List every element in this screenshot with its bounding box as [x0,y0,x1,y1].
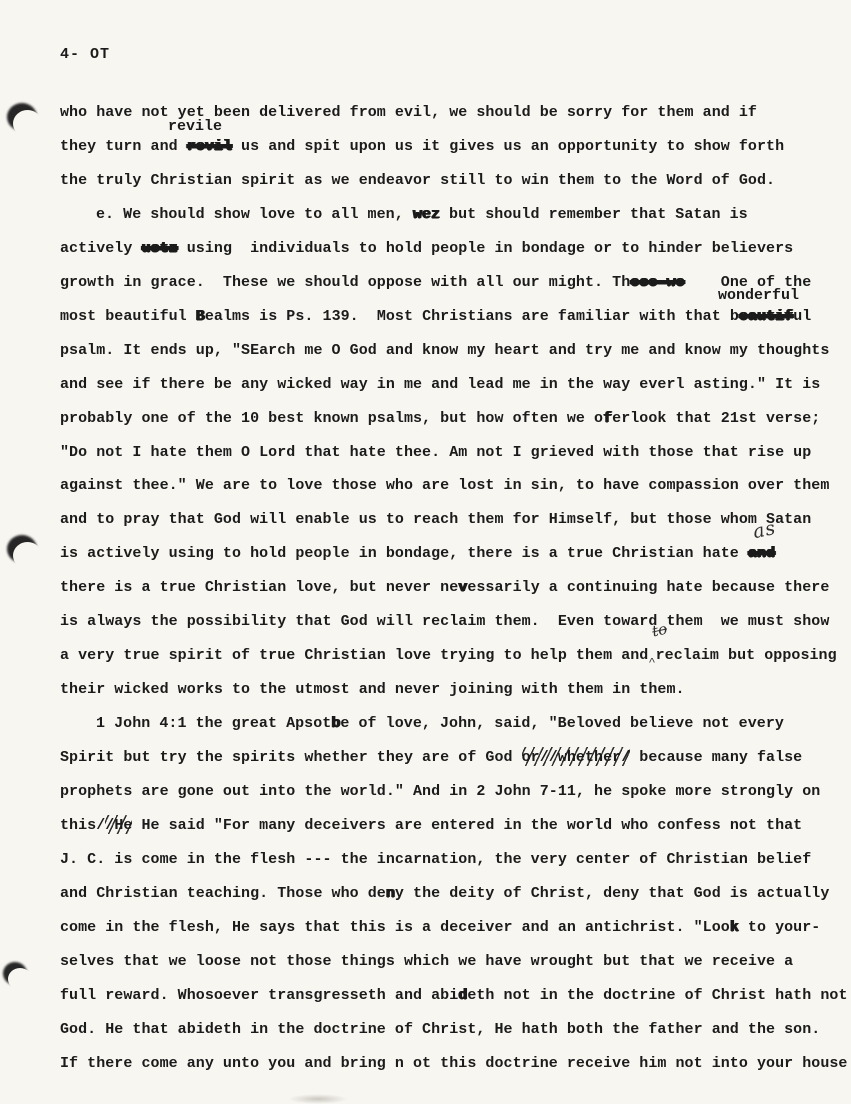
text-line: and to pray that God will enable us to r… [60,510,811,530]
segment-slashed: /He [105,817,132,834]
segment-text: using individuals to hold people in bond… [178,240,794,257]
document-page: 4- OT who have not yet been delivered fr… [0,0,851,1104]
segment-text: is always the possibility that God will … [60,613,829,630]
segment-text: J. C. is come in the flesh --- the incar… [60,851,811,868]
segment-ov: f [603,410,612,427]
segment-text: e. We should show love to all men, [96,206,413,223]
text-line: e. We should show love to all men, wez b… [96,205,748,225]
text-line: this//He He said "For many deceivers are… [60,816,802,836]
segment-strike: eautif [739,308,793,325]
segment-text: who have not yet been delivered from evi… [60,104,757,121]
segment-text: their wicked works to the utmost and nev… [60,681,685,698]
segment-text: growth in grace. These we should oppose … [60,274,630,291]
text-line: and see if there be any wicked way in me… [60,375,820,395]
segment-text: against thee." We are to love those who … [60,477,829,494]
segment-ov: v [458,579,467,596]
segment-ov: wez [413,206,440,223]
text-line: full reward. Whosoever transgresseth and… [60,986,848,1006]
segment-text: actively [60,240,141,257]
segment-text: 1 John 4:1 the great Apsot [96,715,331,732]
page-number: 4- OT [60,46,110,63]
text-line: the truly Christian spirit as we endeavo… [60,171,775,191]
segment-text: is actively using to hold people in bond… [60,545,748,562]
segment-text: there is a true Christian love, but neve… [60,579,458,596]
segment-text: a very true spirit of true Christian lov… [60,647,648,664]
text-line: growth in grace. These we should oppose … [60,273,811,293]
segment-caret: ^ [648,654,655,671]
text-line: and Christian teaching. Those who deny t… [60,884,829,904]
segment-ov: k [730,919,739,936]
text-line: their wicked works to the utmost and nev… [60,680,685,700]
text-line: is always the possibility that God will … [60,612,829,632]
text-line: most beautiful Bealms is Ps. 139. Most C… [60,307,811,327]
segment-slashed: or//whether/ [522,749,631,766]
segment-strike: ese we [630,274,684,291]
segment-text: eth not in the doctrine of Christ hath n… [467,987,847,1004]
text-line: selves that we loose not those things wh… [60,952,793,972]
text-line: J. C. is come in the flesh --- the incar… [60,850,811,870]
typed-correction-wonderful: wonderful [718,287,799,304]
text-line: 1 John 4:1 the great Apsotbe of love, Jo… [96,714,784,734]
segment-text: most beautiful [60,308,196,325]
segment-text: prophets are gone out into the world." A… [60,783,820,800]
segment-ov: n [386,885,395,902]
segment-ov: B [196,308,205,325]
segment-strike: revil [187,138,232,155]
segment-text: reclaim but opposing [656,647,837,664]
segment-text: Spirit but try the spirits whether they … [60,749,522,766]
segment-ov: d [458,987,467,1004]
segment-text: "Do not I hate them O Lord that hate the… [60,444,811,461]
segment-text: He said "For many deceivers are entered … [132,817,802,834]
text-line: Spirit but try the spirits whether they … [60,748,802,768]
text-line: against thee." We are to love those who … [60,476,829,496]
text-line: actively ustz using individuals to hold … [60,239,793,259]
segment-text: and to pray that God will enable us to r… [60,511,811,528]
segment-text: psalm. It ends up, "SEarch me O God and … [60,342,829,359]
segment-text: ealms is Ps. 139. Most Christians are fa… [205,308,739,325]
segment-text: and see if there be any wicked way in me… [60,376,820,393]
segment-text: e of love, John, said, "Beloved believe … [340,715,784,732]
text-line: who have not yet been delivered from evi… [60,103,757,123]
text-line: come in the flesh, He says that this is … [60,918,820,938]
text-line: probably one of the 10 best known psalms… [60,409,820,429]
text-line: prophets are gone out into the world." A… [60,782,820,802]
text-line: psalm. It ends up, "SEarch me O God and … [60,341,829,361]
segment-strike: and [748,545,775,562]
segment-text: erlook that 21st verse; [612,410,820,427]
segment-text: probably one of the 10 best known psalms… [60,410,603,427]
segment-text: God. He that abideth in the doctrine of … [60,1021,820,1038]
segment-text: and Christian teaching. Those who de [60,885,386,902]
segment-text: they turn and [60,138,187,155]
typed-correction-revile: revile [168,118,222,135]
segment-text: ul [793,308,811,325]
segment-text: because many false [630,749,802,766]
text-line: is actively using to hold people in bond… [60,544,775,564]
scan-smudge [288,1094,348,1104]
segment-text: but should remember that Satan is [440,206,748,223]
text-line: If there come any unto you and bring n o… [60,1054,847,1074]
segment-text: essarily a continuing hate because there [467,579,829,596]
handwritten-as: as [751,517,778,543]
segment-text: the truly Christian spirit as we endeavo… [60,172,775,189]
text-line: a very true spirit of true Christian lov… [60,646,837,666]
text-line: "Do not I hate them O Lord that hate the… [60,443,811,463]
text-line: God. He that abideth in the doctrine of … [60,1020,820,1040]
segment-text: selves that we loose not those things wh… [60,953,793,970]
segment-text: full reward. Whosoever transgresseth and… [60,987,458,1004]
segment-text: this/ [60,817,105,834]
text-line: there is a true Christian love, but neve… [60,578,829,598]
segment-text: us and spit upon us it gives us an oppor… [232,138,784,155]
segment-text: If there come any unto you and bring n o… [60,1055,847,1072]
segment-text: to your- [739,919,820,936]
segment-text: y the deity of Christ, deny that God is … [395,885,829,902]
segment-text: come in the flesh, He says that this is … [60,919,730,936]
segment-strike: ustz [141,240,177,257]
text-line: they turn and revil us and spit upon us … [60,137,784,157]
